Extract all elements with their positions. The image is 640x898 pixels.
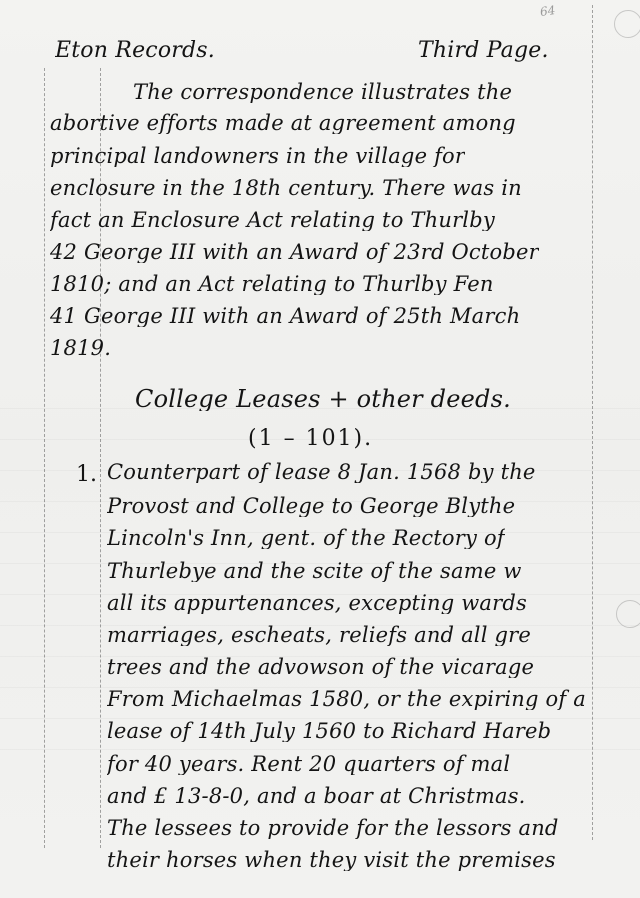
document-page: 64 Eton Records. Third Page. The corresp…: [0, 0, 640, 898]
item-line: Lincoln's Inn, gent. of the Rectory of: [107, 528, 505, 549]
header-title: Eton Records.: [55, 40, 215, 62]
intro-line: 42 George III with an Award of 23rd Octo…: [50, 242, 539, 263]
right-margin-line: [592, 5, 593, 840]
item-line: their horses when they visit the premise…: [107, 850, 556, 871]
intro-line: 41 George III with an Award of 25th Marc…: [50, 306, 520, 327]
intro-line: abortive efforts made at agreement among: [50, 113, 516, 134]
intro-line: principal landowners in the village for: [50, 146, 465, 167]
item-line: Provost and College to George Blythe: [107, 496, 515, 517]
punch-hole-top: [614, 10, 640, 38]
item-line: marriages, escheats, reliefs and all gre: [107, 625, 531, 646]
item-line: lease of 14th July 1560 to Richard Hareb: [107, 721, 551, 742]
header-page-label: Third Page.: [418, 40, 549, 62]
item-line: Counterpart of lease 8 Jan. 1568 by the: [107, 462, 536, 483]
intro-line: The correspondence illustrates the: [133, 82, 512, 103]
intro-line: enclosure in the 18th century. There was…: [50, 178, 522, 199]
item-line: for 40 years. Rent 20 quarters of mal: [107, 754, 510, 775]
section-range: (1 – 101).: [248, 428, 373, 450]
intro-line: 1819.: [50, 338, 111, 359]
item-line: trees and the advowson of the vicarage: [107, 657, 534, 678]
item-line: and £ 13-8-0, and a boar at Christmas.: [107, 786, 526, 807]
pencil-page-number: 64: [539, 3, 556, 19]
item-line: Thurlebye and the scite of the same w: [107, 561, 522, 582]
item-line: The lessees to provide for the lessors a…: [107, 818, 559, 839]
item-line: all its appurtenances, excepting wards: [107, 593, 527, 614]
item-number: 1.: [76, 462, 97, 487]
intro-line: 1810; and an Act relating to Thurlby Fen: [50, 274, 494, 295]
item-line: From Michaelmas 1580, or the expiring of…: [107, 689, 586, 710]
section-title: College Leases + other deeds.: [135, 387, 511, 411]
punch-hole-middle: [616, 600, 640, 628]
intro-line: fact an Enclosure Act relating to Thurlb…: [50, 210, 495, 231]
left-outer-margin-line: [44, 68, 45, 848]
